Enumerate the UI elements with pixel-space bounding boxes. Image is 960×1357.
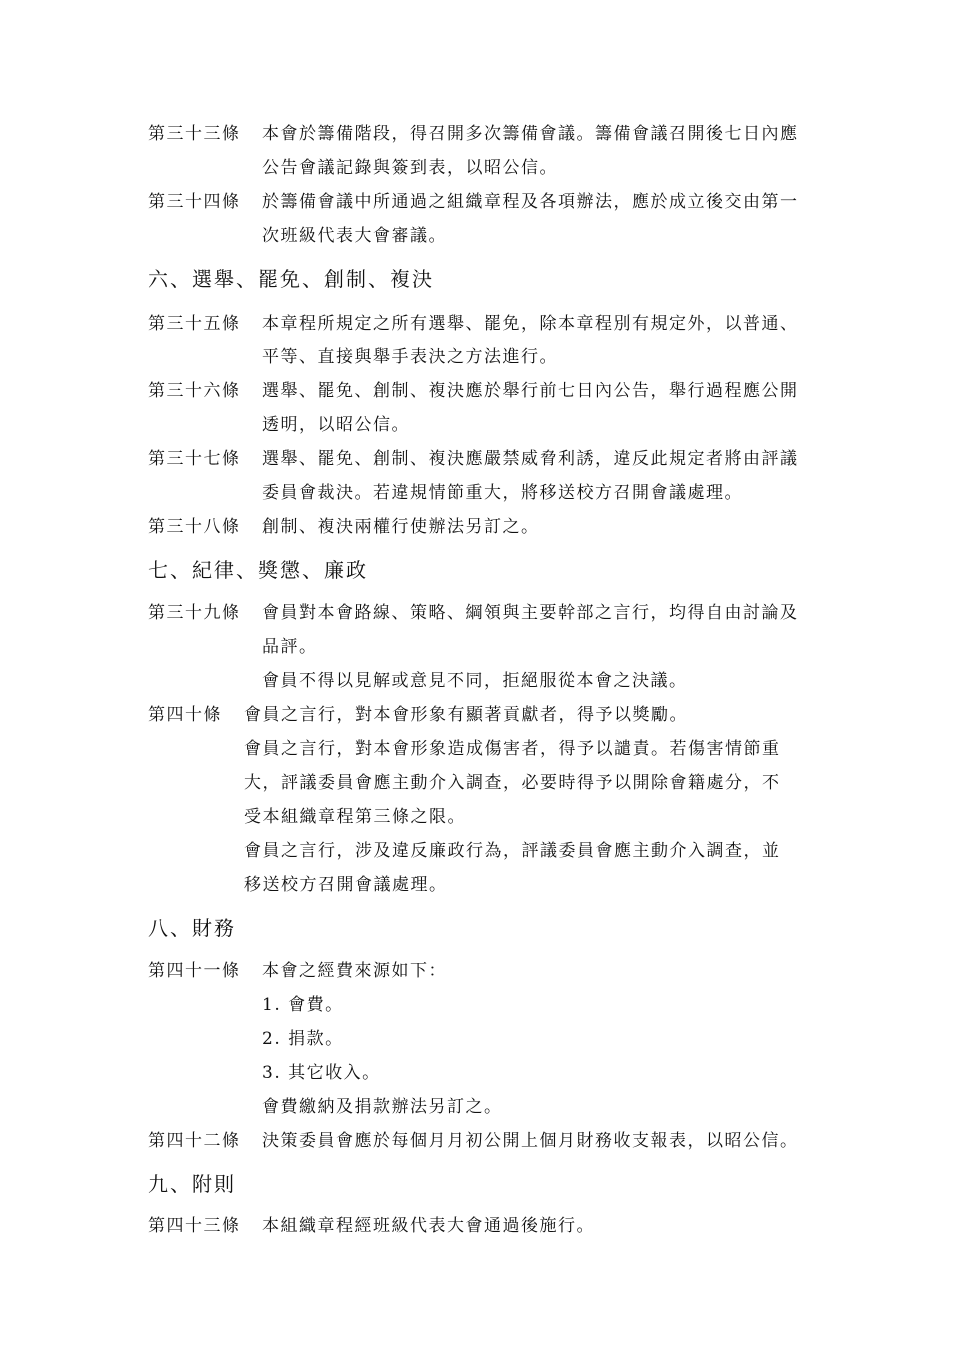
article-text: 創制、複決兩權行使辦法另訂之。 — [262, 517, 540, 537]
article-text: 受本組織章程第三條之限。 — [244, 807, 466, 827]
article-text: 次班級代表大會審議。 — [262, 226, 447, 246]
article-text: 平等、直接與舉手表決之方法進行。 — [262, 347, 558, 367]
article-label-40: 第四十條 — [148, 705, 222, 725]
article-text: 本組織章程經班級代表大會通過後施行。 — [262, 1216, 595, 1236]
article-text: 大，評議委員會應主動介入調查，必要時得予以開除會籍處分，不 — [244, 773, 781, 793]
article-text: 於籌備會議中所通過之組織章程及各項辦法，應於成立後交由第一 — [262, 192, 799, 212]
article-text: 委員會裁決。若違規情節重大，將移送校方召開會議處理。 — [262, 483, 743, 503]
list-item: 1. 會費。 — [262, 995, 344, 1015]
article-text: 決策委員會應於每個月月初公開上個月財務收支報表，以昭公信。 — [262, 1131, 799, 1151]
article-text: 會員之言行，對本會形象造成傷害者，得予以譴責。若傷害情節重 — [244, 739, 781, 759]
article-label-36: 第三十六條 — [148, 381, 241, 401]
article-text: 會員之言行，涉及違反廉政行為，評議委員會應主動介入調查，並 — [244, 841, 781, 861]
article-text: 會費繳納及捐款辦法另訂之。 — [262, 1097, 503, 1117]
section-heading-8: 八、財務 — [148, 916, 236, 940]
section-heading-7: 七、紀律、獎懲、廉政 — [148, 558, 368, 582]
article-text: 品評。 — [262, 637, 318, 657]
article-label-42: 第四十二條 — [148, 1131, 241, 1151]
article-label-34: 第三十四條 — [148, 192, 241, 212]
list-item: 2. 捐款。 — [262, 1029, 344, 1049]
article-text: 會員對本會路線、策略、綱領與主要幹部之言行，均得自由討論及 — [262, 603, 799, 623]
article-text: 透明，以昭公信。 — [262, 415, 410, 435]
article-text: 會員不得以見解或意見不同，拒絕服從本會之決議。 — [262, 671, 688, 691]
article-text: 本會之經費來源如下： — [262, 961, 447, 981]
section-heading-9: 九、附則 — [148, 1172, 236, 1196]
article-label-33: 第三十三條 — [148, 124, 241, 144]
article-text: 會員之言行，對本會形象有顯著貢獻者，得予以獎勵。 — [244, 705, 688, 725]
article-text: 選舉、罷免、創制、複決應於舉行前七日內公告，舉行過程應公開 — [262, 381, 799, 401]
article-label-35: 第三十五條 — [148, 314, 241, 334]
article-text: 本會於籌備階段，得召開多次籌備會議。籌備會議召開後七日內應 — [262, 124, 799, 144]
article-text: 公告會議記錄與簽到表，以昭公信。 — [262, 158, 558, 178]
section-heading-6: 六、選舉、罷免、創制、複決 — [148, 267, 434, 291]
article-label-38: 第三十八條 — [148, 517, 241, 537]
article-text: 移送校方召開會議處理。 — [244, 875, 448, 895]
article-label-39: 第三十九條 — [148, 603, 241, 623]
article-text: 選舉、罷免、創制、複決應嚴禁威脅利誘，違反此規定者將由評議 — [262, 449, 799, 469]
list-item: 3. 其它收入。 — [262, 1063, 381, 1083]
article-text: 本章程所規定之所有選舉、罷免，除本章程別有規定外，以普通、 — [262, 314, 799, 334]
article-label-43: 第四十三條 — [148, 1216, 241, 1236]
article-label-37: 第三十七條 — [148, 449, 241, 469]
article-label-41: 第四十一條 — [148, 961, 241, 981]
